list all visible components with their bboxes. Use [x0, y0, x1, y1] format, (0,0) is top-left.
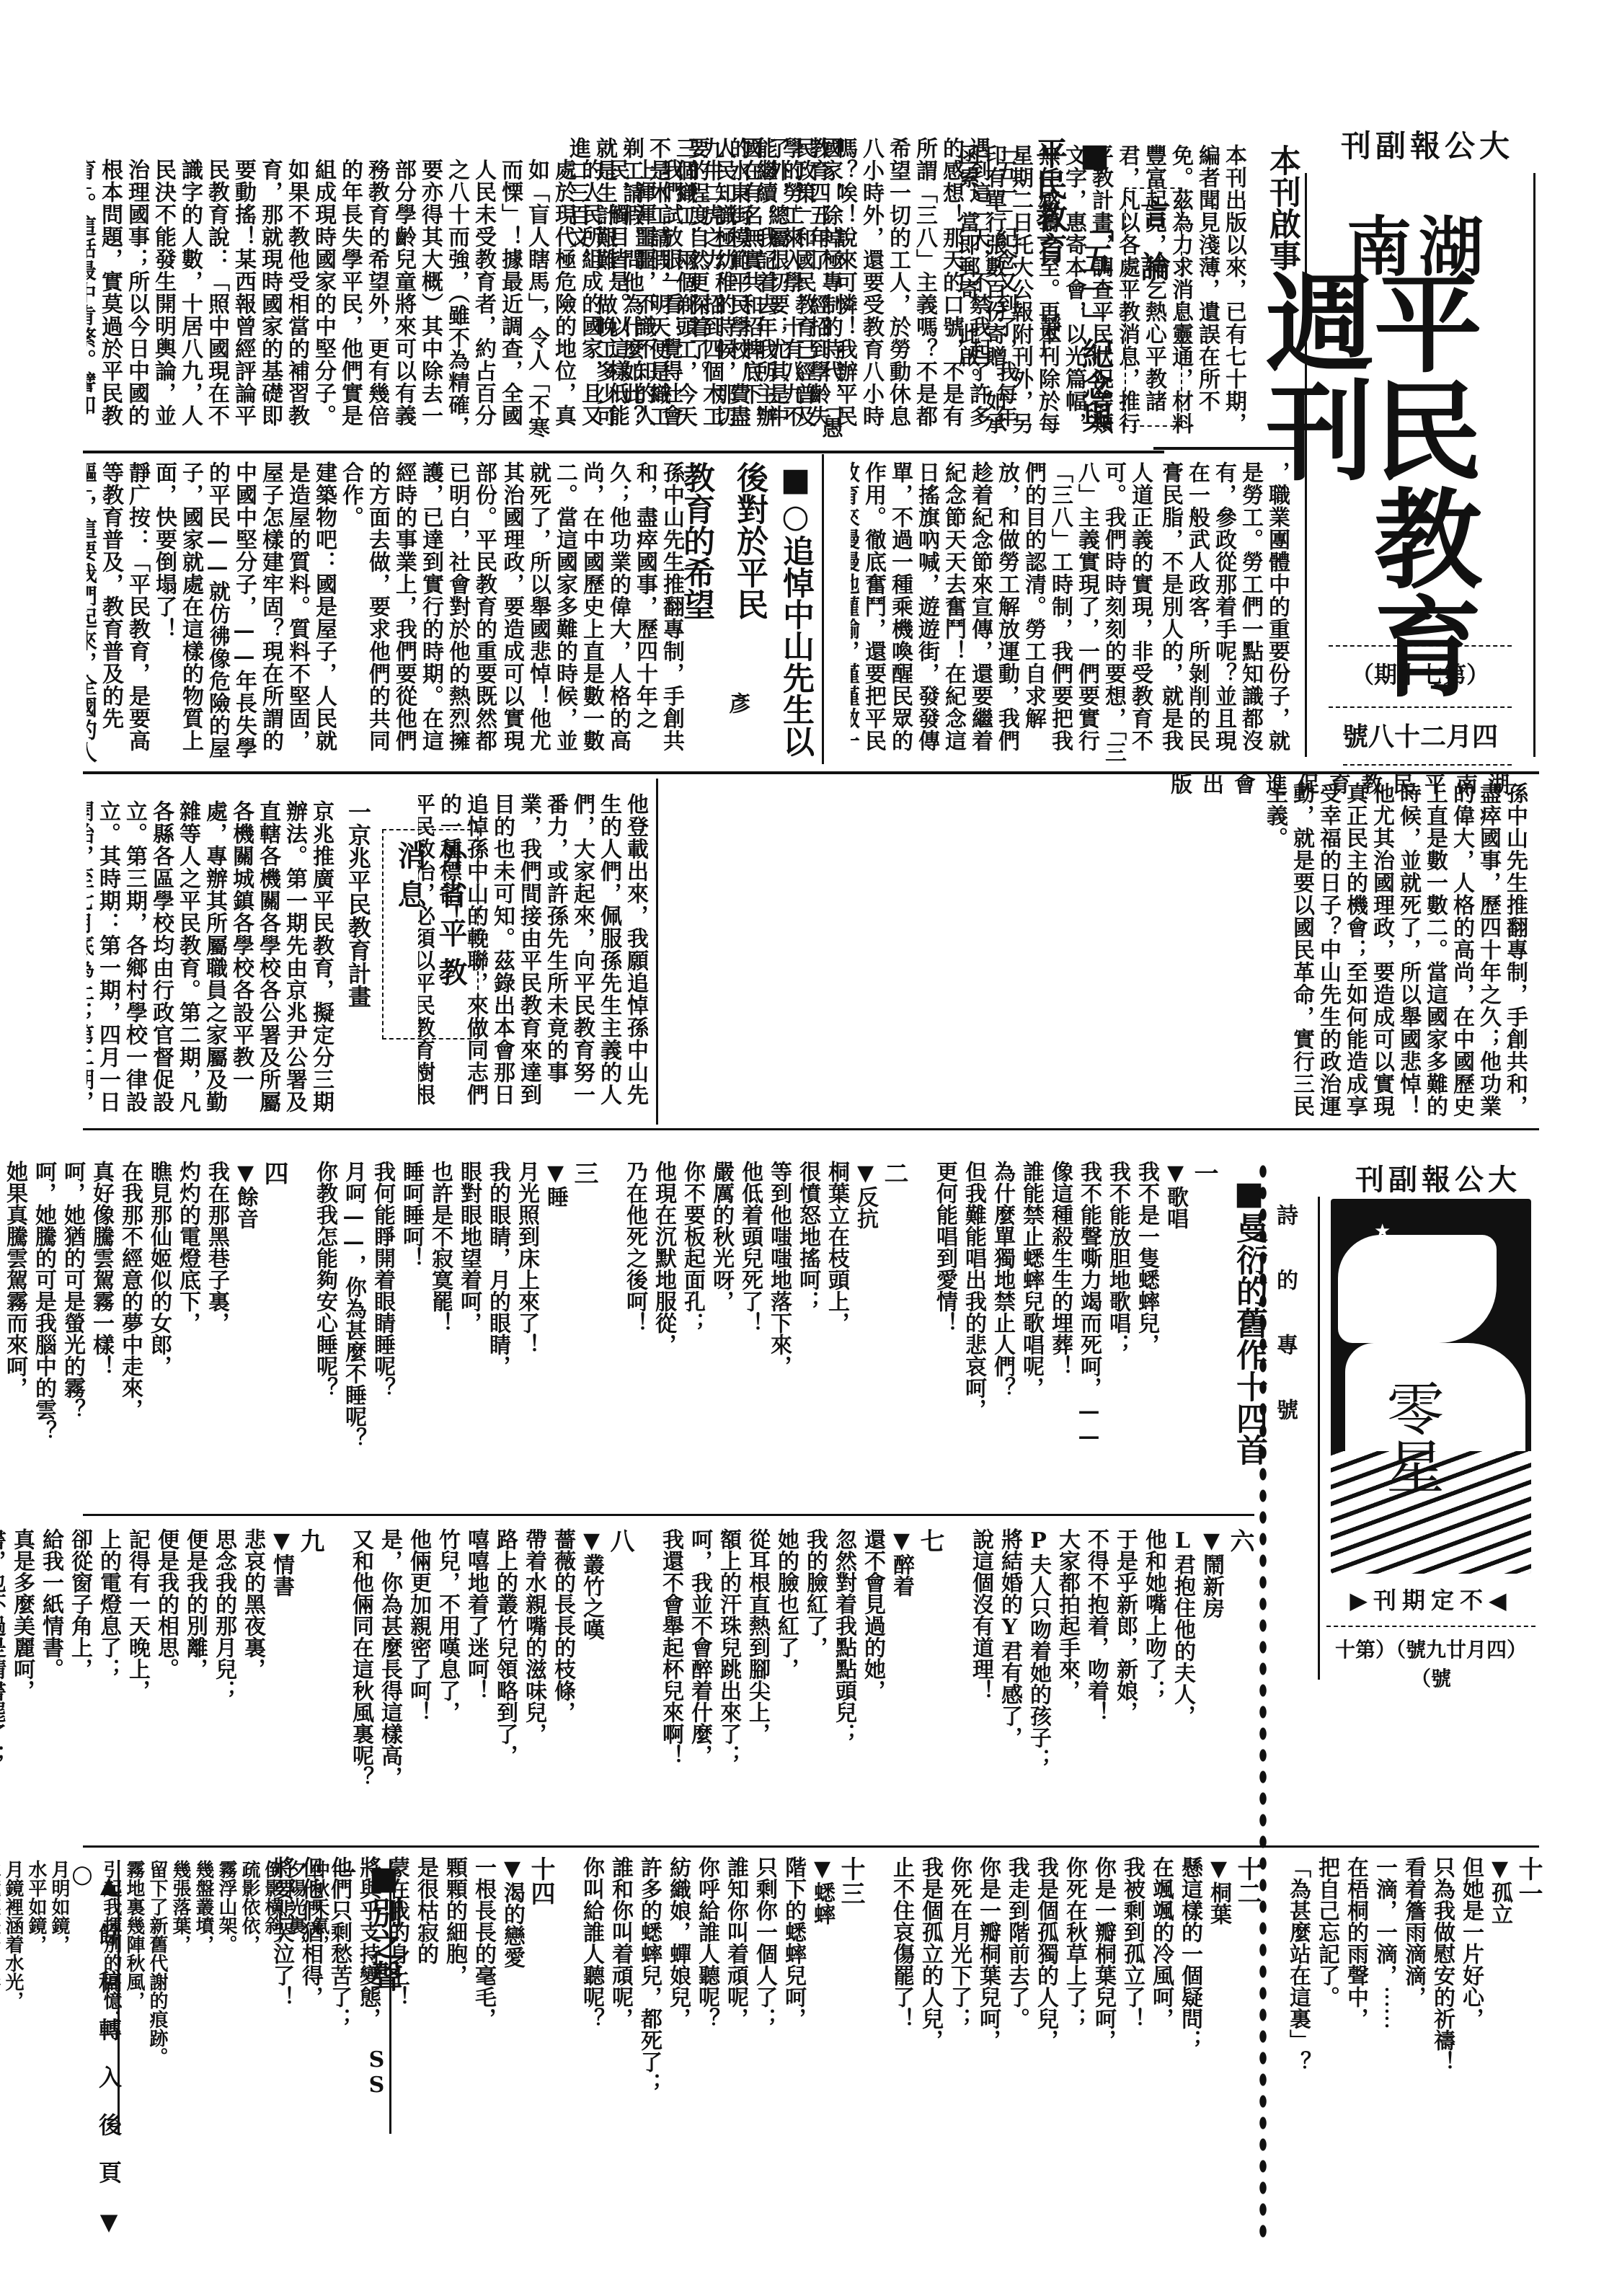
- poem-line: 倒影横斜，: [261, 1860, 284, 2148]
- divider: [1153, 447, 1298, 450]
- poem-line: 紡織娘，蟬娘兒，: [663, 1856, 692, 2159]
- editorial-continued-right: ，職業團體中的重要份子，就是勞工。勞工們一點知識都沒有，參政從那着手呢？並且現在…: [1161, 461, 1290, 764]
- notice: 本刊啟事 本刊出版以來，已有七十期，編者聞見淺薄，遺誤在所不免。茲為力求消息靈通…: [1168, 144, 1305, 447]
- poem-number: 一: [1189, 1161, 1218, 1185]
- poem-number: 十一: [1514, 1856, 1543, 1905]
- poem-line: 只剩你一個人了；: [750, 1856, 779, 2159]
- poem-line: 你死在月光下了；: [944, 1856, 973, 2159]
- poem-line: 大家都拍起手來，: [1052, 1528, 1081, 1845]
- poem-line: 眼對眼地望着呵，: [454, 1161, 483, 1521]
- poem-line: 路上的叢竹兒領略到了，: [490, 1528, 519, 1845]
- poem-line: 悲哀的黑夜裏，: [238, 1528, 267, 1845]
- poem-line: 像這種殺生生的埋葬！: [1045, 1161, 1074, 1521]
- poem-line: 你是一瓣桐葉兒呵，: [1089, 1856, 1117, 2159]
- article-paragraph: 國家，除掉極專制的時代，「愚民政策」和國民教育已經普及了外，總屬很切要；尤其是中…: [683, 137, 843, 440]
- poem-line: 你教我怎能夠安心睡呢？: [310, 1161, 339, 1521]
- poem-title: 歌唱: [1161, 1161, 1189, 1521]
- star-icon: ★: [1352, 1343, 1369, 1365]
- poem-line: 他倆更加親密了呵！: [404, 1528, 433, 1845]
- divider: [83, 771, 1539, 774]
- article-paragraph: 建築物吧：國是屋子，人民就是造屋的質料。質料不堅固，屋子怎樣建牢固？現在所謂的中…: [151, 461, 337, 764]
- news-item: 一京兆平民教育計畫 京兆推廣平民教育，擬定分三期辦法。第一期先由京兆尹公署及直轄…: [87, 800, 375, 1117]
- poem-line: 疏影依依，: [238, 1860, 261, 2148]
- poem-line: 我不能聲嘶力竭而死呵，——: [1074, 1161, 1103, 1521]
- poem-line: 呵，我並不會醉着什麼，: [685, 1528, 714, 1845]
- poem-title: 桐葉: [1204, 1856, 1233, 2159]
- divider: [83, 451, 1164, 453]
- publication-name: 大公報副刊: [1341, 123, 1514, 166]
- poem-line: 階下的蟋蟀兒呵，: [779, 1856, 807, 2159]
- poem-line: 你呼給誰人聽呢？: [692, 1856, 721, 2159]
- divider: [822, 454, 824, 764]
- poem-line: 呵，她猶的可是螢光的霧？: [58, 1161, 87, 1521]
- poem-number: 十四: [526, 1856, 555, 1905]
- poem-line: 月鏡裡涵着水光，: [1, 1860, 25, 2148]
- star-icon: ★: [1374, 1220, 1391, 1242]
- editorial-label: 言論: [1125, 187, 1182, 427]
- poem-number: 七: [916, 1528, 944, 1553]
- poem-number: 十二: [1233, 1856, 1262, 1905]
- poem-number: 八: [606, 1528, 634, 1553]
- poems-row-2: 六 鬧新房 L君抱住他的夫人， 他和她嘴上吻了； 于是乎新郎，新娘， 不得不抱着…: [87, 1528, 1254, 1845]
- poem-line: 也許是不寂寞罷！: [425, 1161, 454, 1521]
- poem-title: 鬧新房: [1197, 1528, 1226, 1845]
- poem-title: 反抗: [851, 1161, 879, 1521]
- farewell-stanza: ○ 月明如鏡， 水平如鏡， 月鏡裡涵着水光， 水鏡裏浸着月影； 天上人間， 幻作…: [0, 1860, 94, 2148]
- poem-line: 給我一紙情書。: [36, 1528, 65, 1845]
- poem-line: 上的電燈息了；: [94, 1528, 123, 1845]
- poem-line: 一根長長的毫毛，: [469, 1856, 497, 2159]
- news-label: 外省平教消息: [382, 829, 479, 1040]
- article-top-left: 國家，除掉極專制的時代，「愚民政策」和國民教育已經普及了外，總屬很切要；尤其是中…: [87, 137, 843, 440]
- poem-number: 四: [260, 1161, 288, 1185]
- stanza-number: 一: [327, 1860, 356, 1884]
- poem-line: 是，你為甚麼長得這樣高，: [375, 1528, 404, 1845]
- poem-line: 懸這樣的一個疑問；: [1175, 1856, 1204, 2159]
- issue-number: （第七十期）: [1329, 645, 1512, 690]
- poem: 七 醉着 還不會見過的她， 忽然對着我點點頭兒； 我的臉紅了， 她的臉也紅了， …: [656, 1528, 944, 1845]
- poem-line: 月明如鏡，: [48, 1860, 71, 2148]
- editorial-title-text: 「五一」紀念與平民教育: [1030, 137, 1113, 433]
- poem-line: 只為我做慰安的祈禱！: [1427, 1856, 1456, 2159]
- poem-line: 我何能睜開着眼睛睡呢？: [368, 1161, 396, 1521]
- poem-line: 我不能放胆地歌唱；: [1103, 1161, 1132, 1521]
- poem-line: 記得有一天晚上，: [123, 1528, 151, 1845]
- poem-line: 更何能唱到愛情！: [930, 1161, 959, 1521]
- poem-line: 誰能禁止蟋蟀兒歌唱呢，: [1016, 1161, 1045, 1521]
- poem-line: 月光照到床上來了！: [512, 1161, 541, 1521]
- poem-title: 渴的戀愛: [497, 1856, 526, 2159]
- star-icon: ★: [1461, 1238, 1477, 1260]
- poem-line: 灼灼的電燈底下，: [173, 1161, 202, 1521]
- memorial-heading: ○追悼中山先生以後對於平民 教育的希望: [692, 461, 818, 764]
- poem-line: 霧浮山架。: [215, 1860, 238, 2148]
- article-mid-left: 部份。平民教育的重要既然都已明白，社會對於他的熱烈擁護，已達到實行的時期。在這經…: [87, 461, 497, 764]
- poem-line: 她的臉也紅了，: [771, 1528, 800, 1845]
- poem-line: L君抱住他的夫人，: [1168, 1528, 1197, 1845]
- poems-row-3: 十一 孤立 但她是一片好心， 只為我做慰安的祈禱！ 看着簷雨滴滴， 一滴，一滴，…: [577, 1856, 1543, 2159]
- poem-line: 誰和你叫着頑呢，: [606, 1856, 634, 2159]
- masthead-frame: 湖南 平民教育週刊 （第七十期） 四月二十八號 湖南平民 教育促進 會出版: [1305, 173, 1535, 757]
- divider: [83, 1128, 1539, 1130]
- poem-line: 誰知你叫着頑呢，: [721, 1856, 750, 2159]
- editorial-author: 靜广: [1036, 315, 1061, 358]
- memorial-author: 彥: [721, 692, 753, 714]
- memorial-paragraph: 孫中山先生推翻專制，手創共和，盡瘁國事，歷四十年之久；他功業的偉大，人格的高尚，…: [505, 461, 685, 764]
- poem-line: 卻從窗子角上，: [65, 1528, 94, 1845]
- poem-line: 我走到階前去了。: [1002, 1856, 1031, 2159]
- poem-title: 睡: [541, 1161, 570, 1521]
- poem-title: 餘音: [231, 1161, 260, 1521]
- poem-line: 從耳根直熱到腳尖上，: [743, 1528, 771, 1845]
- poems-row-1: 一 歌唱 我不是一隻蟋蟀兒， 我不能放胆地歌唱； 我不能聲嘶力竭而死呵，—— 像…: [87, 1161, 1218, 1521]
- poem-number: 十三: [836, 1856, 865, 1905]
- poem-line: 很憤怒地搖呵；: [793, 1161, 822, 1521]
- poem-line: 許多的蟋蟀兒，都死了；: [634, 1856, 663, 2159]
- poem-line: 帶着水親嘴的滋味兒，: [519, 1528, 548, 1845]
- poem-title: 情書: [267, 1528, 296, 1845]
- continued-notice: ▲餘稿轉入後頁▼: [92, 1871, 125, 2260]
- poem-line: 于是乎新郎，新娘，: [1110, 1528, 1139, 1845]
- article-paragraph: 靜广按：「平民教育，是要高等教育普及，教育普及的先驅」，這要我們起來，全國的人去…: [87, 461, 151, 764]
- news-text: 京兆推廣平民教育，擬定分三期辦法。第一期先由京兆尹公署及直轄各機關各學校各公署及…: [87, 800, 334, 1117]
- poem-line: 我被剩到孤立了！: [1117, 1856, 1146, 2159]
- divider: [656, 779, 658, 1125]
- poem-line: 書，也不過是情書罷了；: [0, 1528, 7, 1845]
- poems-section-title: 曼衍的舊作十四首: [1226, 1175, 1272, 1466]
- poem-line: 止不住哀傷罷了！: [887, 1856, 916, 2159]
- poem-number: 三: [570, 1161, 598, 1185]
- poem-line: 把自己忘記了。: [1312, 1856, 1341, 2159]
- supplement-publication: 大公報副刊: [1355, 1157, 1521, 1198]
- editorial: 「五一」紀念與平民教育 靜广 「五一」紀念又到了，我每年遇到這一天，不禁我起了許…: [851, 137, 1117, 440]
- poem: 二 反抗 桐葉立在枝頭上， 很憤怒地搖呵； 等到他嗤嗤地落下來， 他低着頭兒死了…: [620, 1161, 908, 1521]
- poem: 十三 蟋蟀 階下的蟋蟀兒呵， 只剩你一個人了； 誰知你叫着頑呢， 你呼給誰人聽呢…: [577, 1856, 865, 2159]
- poem-line: 他現在沉默地服從，: [649, 1161, 678, 1521]
- poem-line: 一滴，一滴，⋯⋯: [1370, 1856, 1399, 2159]
- poem: 十二 桐葉 懸這樣的一個疑問； 在颯颯的冷風呵， 我被剩到孤立了！ 你是一瓣桐葉…: [887, 1856, 1262, 2159]
- poem-line: 幾張落葉，: [169, 1860, 192, 2148]
- supplement-name: 零星: [1374, 1379, 1446, 1494]
- poem-line: 不得不抱着，吻着！: [1081, 1528, 1110, 1845]
- poem-line: 你死在秋草上了；: [1060, 1856, 1089, 2159]
- divider: [1318, 1197, 1320, 1680]
- poem-line: 顆顆的細胞，: [440, 1856, 469, 2159]
- poem-line: 看着簷雨滴滴，: [1399, 1856, 1427, 2159]
- poem-line: 我的眼睛，月的眼睛，: [483, 1161, 512, 1521]
- poem-line: P夫人只吻着她的孩子；: [1024, 1528, 1052, 1845]
- notice-heading: 本刊啟事: [1259, 144, 1305, 447]
- poem-line: 我是個孤立的人兒，: [916, 1856, 944, 2159]
- poem-line: 「為甚麼站在這裏」？: [1283, 1856, 1312, 2159]
- poem-line: 又和他倆同在這秋風裏呢？: [346, 1528, 375, 1845]
- poem-line: 竹兒，不用嘆息了，: [433, 1528, 461, 1845]
- poem: 十一 孤立 但她是一片好心， 只為我做慰安的祈禱！ 看着簷雨滴滴， 一滴，一滴，…: [1283, 1856, 1543, 2159]
- poem-line: 霧地裏幾陣秋風，: [123, 1860, 146, 2148]
- poem-line: 他低着頭兒死了！: [735, 1161, 764, 1521]
- poem-line: 你是一瓣桐葉兒呵，: [973, 1856, 1002, 2159]
- farewell-stanza: 一 仲秋天氣， 夕陽光裏， 倒影横斜， 疏影依依， 霧浮山架。 幾盤叢墳， 幾張…: [99, 1860, 353, 2148]
- poem-line: 夕陽光裏，: [284, 1860, 307, 2148]
- poem-line: 在颯颯的冷風呵，: [1146, 1856, 1175, 2159]
- issue-date: 四月二十八號: [1329, 706, 1512, 753]
- poem-line: 在梧桐的雨聲中，: [1341, 1856, 1370, 2159]
- poem-line: 在我那不經意的夢中走來，: [115, 1161, 144, 1521]
- editorial-continued: 人道正義的實現，非受教育不可。我們時時刻刻的要想，「三八」主義實現了，一們要實行…: [851, 461, 1153, 764]
- poem-line: 呵，她騰的可是我腦中的雲？: [29, 1161, 58, 1521]
- poem-line: 桐葉立在枝頭上，: [822, 1161, 851, 1521]
- poem: 六 鬧新房 L君抱住他的夫人， 他和她嘴上吻了； 于是乎新郎，新娘， 不得不抱着…: [966, 1528, 1254, 1845]
- poem-line: 嘻嘻地着了迷呵！: [461, 1528, 490, 1845]
- editorial-title: 「五一」紀念與平民教育 靜广: [1025, 137, 1117, 440]
- poem-line: 她果真騰雲駕霧而來呵，: [0, 1161, 29, 1521]
- poem-line: 嚴厲的秋光呀，: [706, 1161, 735, 1521]
- poem-number: 二: [879, 1161, 908, 1185]
- poem-number: 六: [1226, 1528, 1254, 1553]
- memorial-title-line: ○追悼中山先生以後對於平民: [726, 461, 818, 764]
- poem-line: 我在那黑巷子裏，: [202, 1161, 231, 1521]
- memorial-continued: 孫中山先生推翻專制，手創共和，盡瘁國事，歷四十年之久；他功業的偉大，人格的高尚，…: [663, 782, 1528, 1121]
- poem-line: 忽然對着我點點頭兒；: [829, 1528, 858, 1845]
- poem-line: 額上的汗珠兒跳出來了；: [714, 1528, 743, 1845]
- farewell-poem: 一 仲秋天氣， 夕陽光裏， 倒影横斜， 疏影依依， 霧浮山架。 幾盤叢墳， 幾張…: [123, 1860, 353, 2148]
- poem-line: 但我難能唱出我的悲哀呵，: [959, 1161, 988, 1521]
- poem-line: 真好像騰雲駕霧一樣！: [87, 1161, 115, 1521]
- masthead: 大公報副刊 湖南 平民教育週刊 （第七十期） 四月二十八號 湖南平民 教育促進 …: [1305, 123, 1535, 757]
- poem-line: 乃在他死之後呵！: [620, 1161, 649, 1521]
- poem-line: 我是個孤獨的人兒，: [1031, 1856, 1060, 2159]
- supplement-issue: （四月廿九號）（第十號）: [1326, 1626, 1535, 1692]
- poem: 九 情書 悲哀的黑夜裏， 思念我的那月兒； 便是我的別離， 便是我的相思。 記得…: [0, 1528, 324, 1845]
- poem-line: 月呵——，你為甚麼不睡呢？: [339, 1161, 368, 1521]
- poem-line: 便是我的別離，: [180, 1528, 209, 1845]
- poem: 八 叢竹之嘆 薔薇的長長的枝條， 帶着水親嘴的滋味兒， 路上的叢竹兒領略到了， …: [346, 1528, 634, 1845]
- poem-line: 為什麼單獨地禁止人們？: [988, 1161, 1016, 1521]
- article-paragraph: 我們試放眼一看：覺得社會上渾渾噩噩，不識不知的人民，觸目皆是。以這樣低能的人民所…: [87, 159, 683, 440]
- poem-line: 薔薇的長長的枝條，: [548, 1528, 577, 1845]
- poem-line: 留下了新舊代謝的痕跡。: [146, 1860, 169, 2148]
- poem-line: 他和她嘴上吻了；: [1139, 1528, 1168, 1845]
- poem-line: 瞧見那仙姬似的女郎，: [144, 1161, 173, 1521]
- supplement-frequency: ◀不定期刊▶: [1326, 1582, 1535, 1615]
- article-paragraph: 部份。平民教育的重要既然都已明白，社會對於他的熱烈擁護，已達到實行的時期。在這經…: [337, 461, 497, 764]
- farewell-title: 別之聲: [360, 1860, 407, 1992]
- poem: 四 餘音 我在那黑巷子裏， 灼灼的電燈底下， 瞧見那仙姬似的女郎， 在我那不經意…: [0, 1161, 288, 1521]
- poem-title: 蟋蟀: [807, 1856, 836, 2159]
- divider: [83, 1845, 1539, 1848]
- poem-title: 孤立: [1485, 1856, 1514, 2159]
- news-heading: 一京兆平民教育計畫: [342, 800, 375, 1117]
- poem-line: 水鏡裏浸着月影；: [0, 1860, 1, 2148]
- poem-line: 仲秋天氣，: [307, 1860, 330, 2148]
- masthead-artwork: ★ ★ ★ 零星: [1331, 1199, 1531, 1574]
- poem-title: 叢竹之嘆: [577, 1528, 606, 1845]
- poem-line: 你叫給誰人聽呢？: [577, 1856, 606, 2159]
- poem-line: 我不是一隻蟋蟀兒，: [1132, 1161, 1161, 1521]
- poem-line: 幾盤叢墳，: [192, 1860, 215, 2148]
- poem-line: 水平如鏡，: [25, 1860, 48, 2148]
- poem-line: 等到他嗤嗤地落下來，: [764, 1161, 793, 1521]
- poem: 三 睡 月光照到床上來了！ 我的眼睛，月的眼睛， 眼對眼地望着呵， 也許是不寂寞…: [310, 1161, 598, 1521]
- poem-line: 思念我的那月兒；: [209, 1528, 238, 1845]
- poem-line: 真是多麼美麗呵，: [7, 1528, 36, 1845]
- poem-line: 你不要板起面孔；: [678, 1161, 706, 1521]
- poem: 一 歌唱 我不是一隻蟋蟀兒， 我不能放胆地歌唱； 我不能聲嘶力竭而死呵，—— 像…: [930, 1161, 1218, 1521]
- poem-line: 但她是一片好心，: [1456, 1856, 1485, 2159]
- divider: [83, 1514, 1254, 1516]
- farewell-author: SS: [364, 2047, 389, 2098]
- supplement-masthead: 大公報副刊 ★ ★ ★ 零星 ◀不定期刊▶ （四月廿九號）（第十號）: [1326, 1157, 1535, 1676]
- poem-line: 我的臉紅了，: [800, 1528, 829, 1845]
- poem-line: 將結婚的Y君有感了，: [995, 1528, 1024, 1845]
- special-issue-label: 詩的專號: [1269, 1204, 1300, 1636]
- poem-line: 便是我的相思。: [151, 1528, 180, 1845]
- poem-line: 是很枯寂的: [411, 1856, 440, 2159]
- poem-title: 醉着: [887, 1528, 916, 1845]
- poem-number: 九: [296, 1528, 324, 1553]
- poem-line: 睡呵睡呵！: [396, 1161, 425, 1521]
- poem-line: 還不會見過的她，: [858, 1528, 887, 1845]
- poem-line: 說這個沒有道理！: [966, 1528, 995, 1845]
- poem-line: 我還不會舉起杯兒來啊！: [656, 1528, 685, 1845]
